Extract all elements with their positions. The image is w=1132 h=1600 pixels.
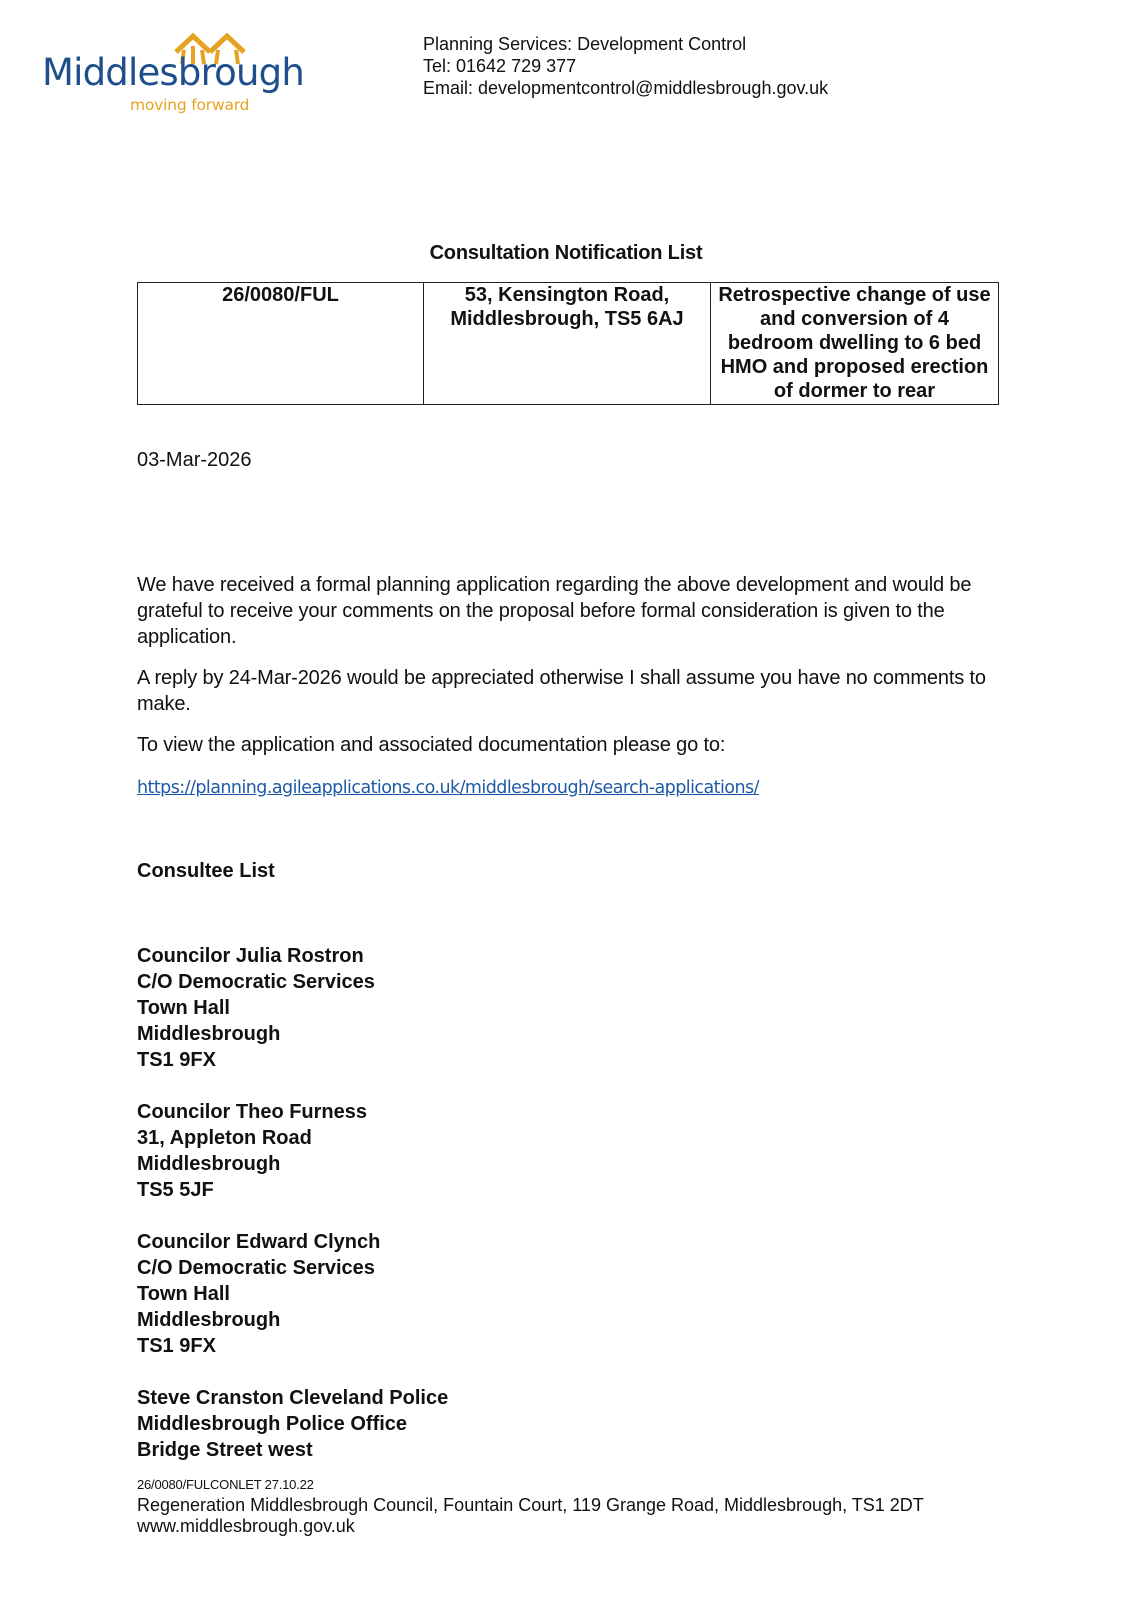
letter-date: 03-Mar-2026 [137, 449, 252, 472]
consultee-name: Councilor Edward Clynch [137, 1229, 448, 1255]
consultee-address-line: Bridge Street west [137, 1437, 448, 1463]
council-logo: Middlesbrough moving forward [40, 30, 300, 120]
consultee-postcode: TS5 5JF [137, 1177, 448, 1203]
table-row: 26/0080/FUL 53, Kensington Road, Middles… [138, 283, 999, 405]
email-line: Email: developmentcontrol@middlesbrough.… [423, 77, 828, 99]
body-paragraph: To view the application and associated d… [137, 732, 1007, 758]
consultee-address-line: Town Hall [137, 995, 448, 1021]
telephone-line: Tel: 01642 729 377 [423, 55, 828, 77]
consultee-address-line: Middlesbrough Police Office [137, 1411, 448, 1437]
logo-tagline: moving forward [130, 96, 249, 114]
consultee-address-line: Middlesbrough [137, 1021, 448, 1047]
consultee-entry: Steve Cranston Cleveland Police Middlesb… [137, 1385, 448, 1463]
document-title: Consultation Notification List [0, 242, 1132, 265]
contact-block: Planning Services: Development Control T… [423, 33, 828, 99]
consultee-address-line: C/O Democratic Services [137, 1255, 448, 1281]
body-paragraph: We have received a formal planning appli… [137, 572, 1007, 650]
consultee-address-line: C/O Democratic Services [137, 969, 448, 995]
consultee-list-heading: Consultee List [137, 860, 275, 883]
consultee-entry: Councilor Julia Rostron C/O Democratic S… [137, 943, 448, 1073]
application-reference: 26/0080/FUL [138, 283, 424, 405]
consultee-name: Steve Cranston Cleveland Police [137, 1385, 448, 1411]
footer-address: Regeneration Middlesbrough Council, Foun… [137, 1495, 924, 1516]
consultee-list: Councilor Julia Rostron C/O Democratic S… [137, 943, 448, 1489]
footer-address-block: Regeneration Middlesbrough Council, Foun… [137, 1495, 924, 1537]
consultee-name: Councilor Julia Rostron [137, 943, 448, 969]
consultee-entry: Councilor Theo Furness 31, Appleton Road… [137, 1099, 448, 1203]
consultee-address-line: Town Hall [137, 1281, 448, 1307]
footer-website: www.middlesbrough.gov.uk [137, 1516, 924, 1537]
body-paragraph: A reply by 24-Mar-2026 would be apprecia… [137, 665, 1007, 717]
consultee-entry: Councilor Edward Clynch C/O Democratic S… [137, 1229, 448, 1359]
logo-wordmark: Middlesbrough [42, 54, 304, 91]
application-address: 53, Kensington Road, Middlesbrough, TS5 … [424, 283, 711, 405]
department-line: Planning Services: Development Control [423, 33, 828, 55]
consultee-postcode: TS1 9FX [137, 1047, 448, 1073]
application-description: Retrospective change of use and conversi… [711, 283, 999, 405]
consultee-postcode: TS1 9FX [137, 1333, 448, 1359]
letter-body: We have received a formal planning appli… [137, 572, 1007, 801]
application-table: 26/0080/FUL 53, Kensington Road, Middles… [137, 282, 999, 405]
consultee-address-line: Middlesbrough [137, 1151, 448, 1177]
consultee-address-line: 31, Appleton Road [137, 1125, 448, 1151]
consultee-name: Councilor Theo Furness [137, 1099, 448, 1125]
footer-reference: 26/0080/FULCONLET 27.10.22 [137, 1477, 314, 1492]
consultee-address-line: Middlesbrough [137, 1307, 448, 1333]
planning-search-link[interactable]: https://planning.agileapplications.co.uk… [137, 775, 759, 801]
